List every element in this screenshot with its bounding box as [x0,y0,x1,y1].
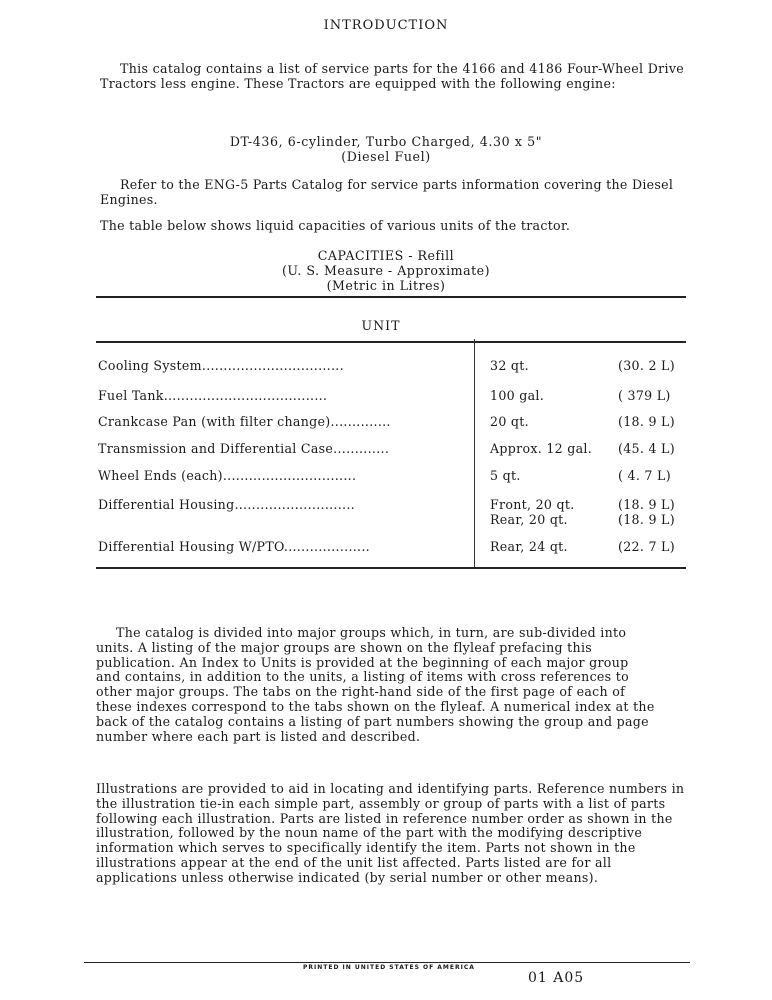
catalog-paragraph: The catalog is divided into major groups… [96,626,656,744]
us-capacity-line: Approx. 12 gal. [490,441,592,456]
intro-paragraph: This catalog contains a list of service … [100,62,684,92]
metric-capacity-line: (18. 9 L) [618,497,675,512]
page-number: 01 A05 [528,970,584,986]
metric-capacity-line: ( 4. 7 L) [618,468,671,483]
unit-name: Differential Housing W/PTO..............… [98,539,458,554]
us-capacity-line: Front, 20 qt. [490,497,575,512]
metric-capacity: (45. 4 L) [618,441,675,456]
engine-spec-line2: (Diesel Fuel) [0,149,772,164]
illustrations-text: Illustrations are provided to aid in loc… [96,781,684,885]
metric-capacity: (18. 9 L) [618,414,675,429]
unit-name: Crankcase Pan (with filter change)......… [98,414,458,429]
metric-capacity-line: (22. 7 L) [618,539,675,554]
us-capacity-line: Rear, 20 qt. [490,512,575,527]
metric-capacity-line: (30. 2 L) [618,358,675,373]
metric-capacity-line: (45. 4 L) [618,441,675,456]
metric-capacity: (22. 7 L) [618,539,675,554]
table-column-divider [474,339,475,569]
unit-name: Wheel Ends (each).......................… [98,468,458,483]
us-capacity: 100 gal. [490,388,544,403]
illustrations-paragraph: Illustrations are provided to aid in loc… [96,782,686,886]
us-capacity-line: 32 qt. [490,358,529,373]
capacities-subtitle-metric: (Metric in Litres) [0,278,772,293]
metric-capacity: (18. 9 L)(18. 9 L) [618,497,675,527]
metric-capacity-line: (18. 9 L) [618,414,675,429]
capacities-heading: CAPACITIES - Refill (U. S. Measure - App… [0,248,772,293]
capacities-subtitle-us: (U. S. Measure - Approximate) [0,263,772,278]
metric-capacity: ( 379 L) [618,388,671,403]
metric-capacity: (30. 2 L) [618,358,675,373]
unit-name: Transmission and Differential Case......… [98,441,458,456]
refer-paragraph: Refer to the ENG-5 Parts Catalog for ser… [100,178,684,208]
engine-spec-line1: DT-436, 6-cylinder, Turbo Charged, 4.30 … [0,134,772,149]
printed-in-notice: PRINTED IN UNITED STATES OF AMERICA [303,964,475,971]
us-capacity-line: 5 qt. [490,468,521,483]
metric-capacity: ( 4. 7 L) [618,468,671,483]
us-capacity-line: Rear, 24 qt. [490,539,568,554]
column-header-unit: UNIT [96,318,666,333]
page-title: INTRODUCTION [0,18,772,33]
us-capacity-line: 100 gal. [490,388,544,403]
table-intro: The table below shows liquid capacities … [100,219,684,234]
us-capacity: Approx. 12 gal. [490,441,592,456]
metric-capacity-line: (18. 9 L) [618,512,675,527]
capacities-title: CAPACITIES - Refill [0,248,772,263]
unit-name: Fuel Tank...............................… [98,388,458,403]
us-capacity: 32 qt. [490,358,529,373]
engine-spec: DT-436, 6-cylinder, Turbo Charged, 4.30 … [0,134,772,164]
unit-name: Differential Housing....................… [98,497,458,512]
unit-name: Cooling System..........................… [98,358,458,373]
us-capacity: Rear, 24 qt. [490,539,568,554]
table-bottom-rule [96,567,686,569]
metric-capacity-line: ( 379 L) [618,388,671,403]
table-header-rule [96,341,686,343]
table-top-rule [96,296,686,298]
us-capacity: 20 qt. [490,414,529,429]
catalog-text: The catalog is divided into major groups… [96,625,655,744]
intro-text: This catalog contains a list of service … [100,61,684,91]
us-capacity: 5 qt. [490,468,521,483]
us-capacity: Front, 20 qt.Rear, 20 qt. [490,497,575,527]
refer-text: Refer to the ENG-5 Parts Catalog for ser… [100,177,673,207]
us-capacity-line: 20 qt. [490,414,529,429]
